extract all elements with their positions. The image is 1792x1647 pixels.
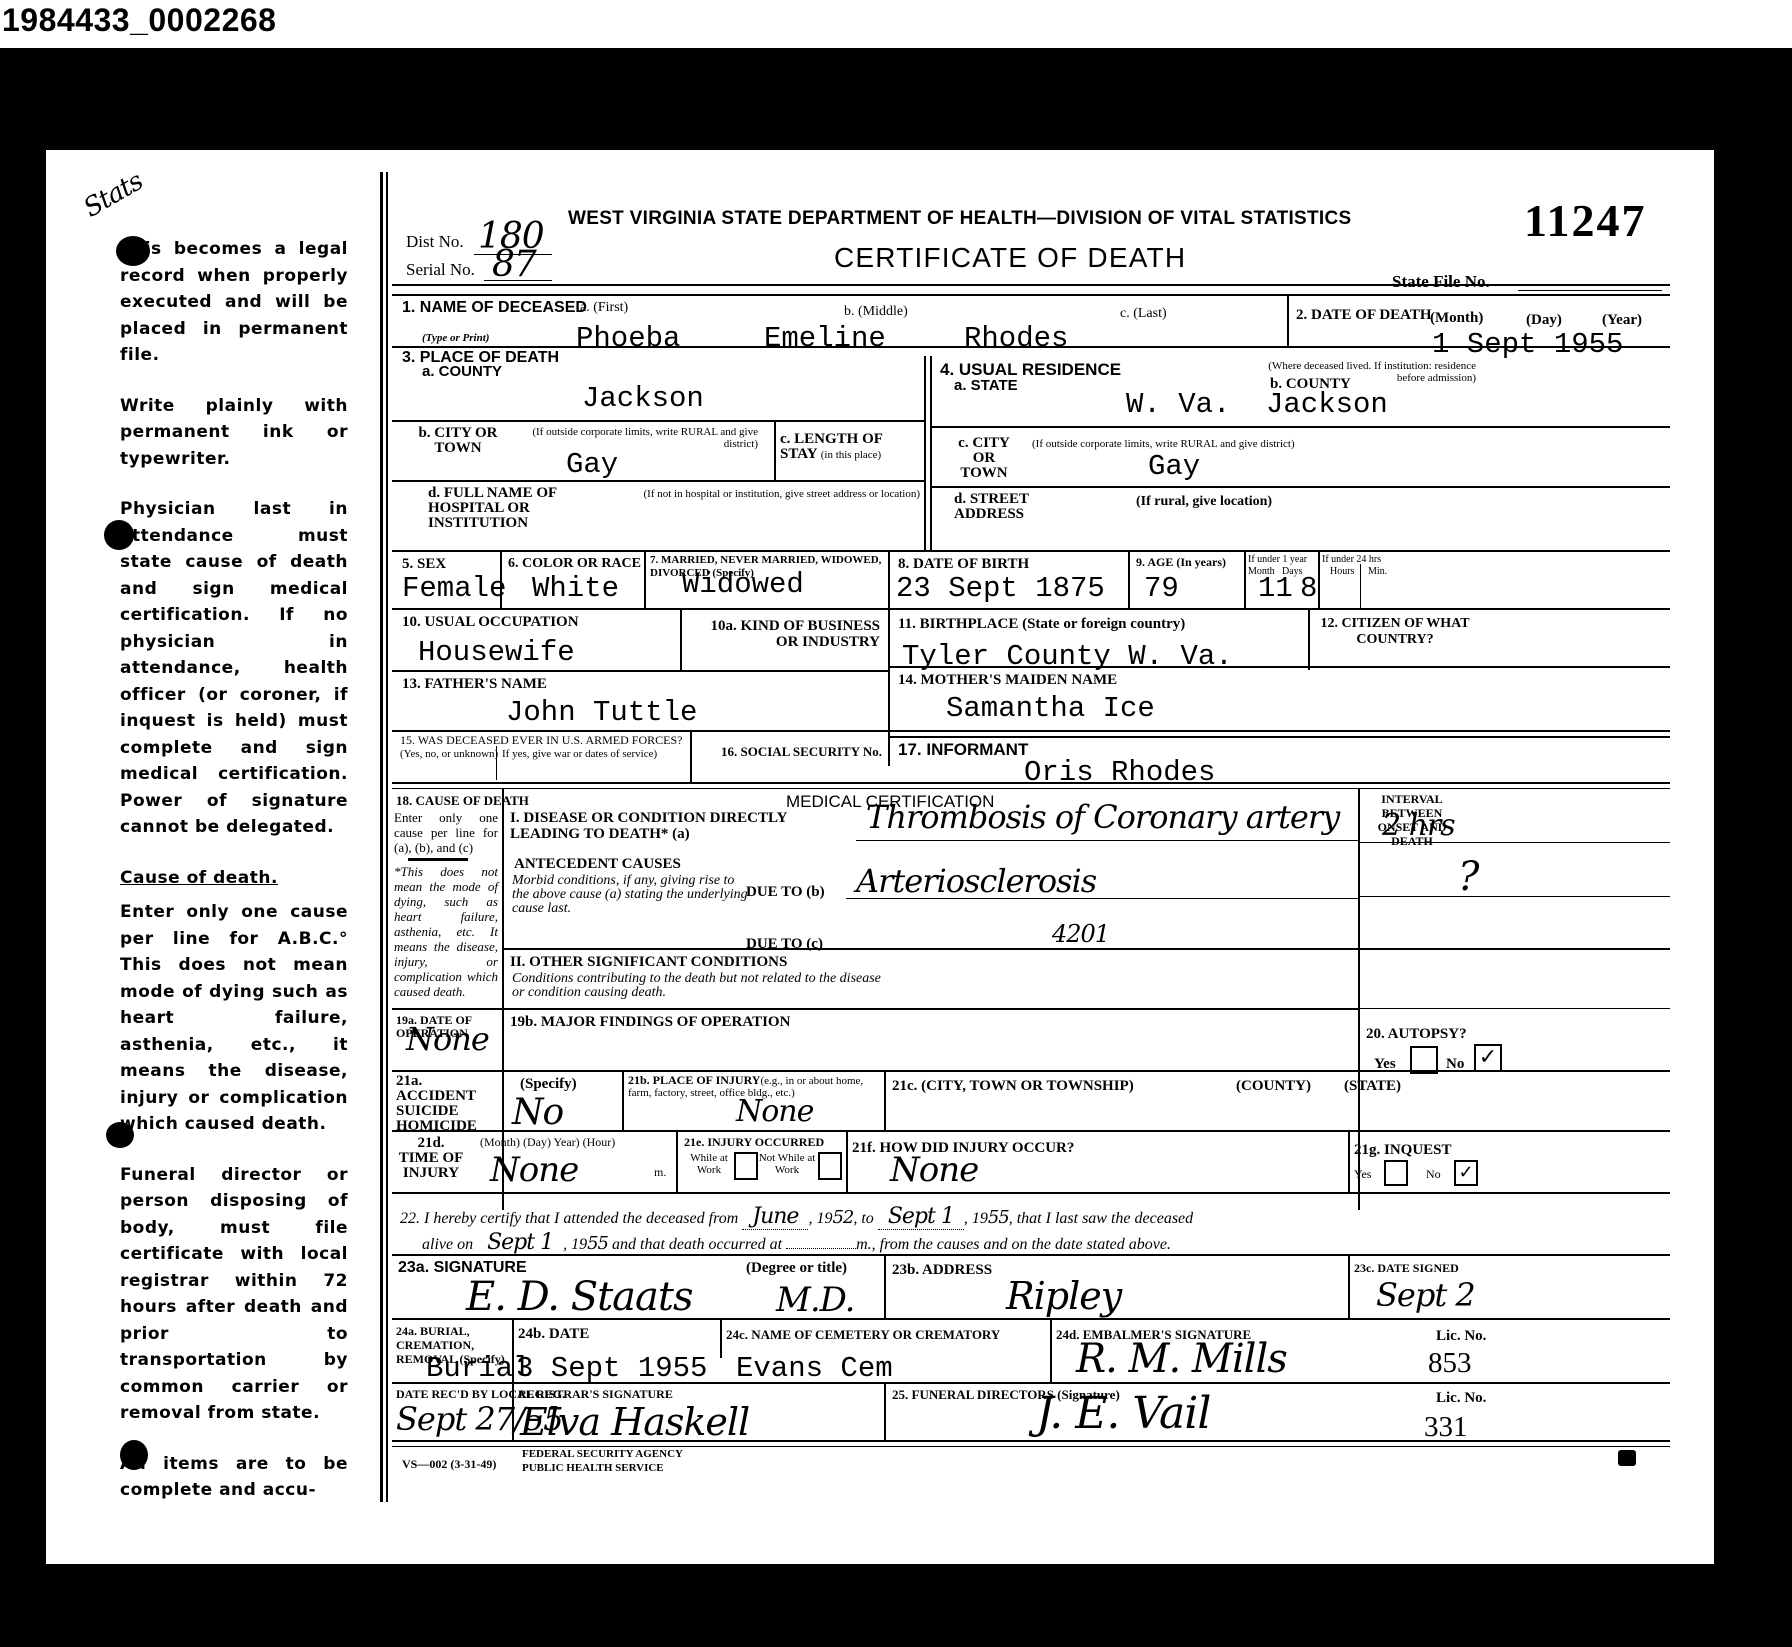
- rule: [1360, 842, 1670, 843]
- rule: [932, 426, 1670, 428]
- divider: [1050, 1318, 1052, 1384]
- rule: [392, 1192, 1670, 1194]
- f22-line1: 22. I hereby certify that I attended the…: [400, 1204, 1193, 1229]
- f21g-label: 21g. INQUEST: [1354, 1142, 1452, 1158]
- f22-year1[interactable]: 52: [832, 1207, 853, 1228]
- rule: [932, 486, 1670, 488]
- f21b-label-text: 21b. PLACE OF INJURY: [628, 1073, 760, 1087]
- f6-label: 6. COLOR OR RACE: [508, 556, 641, 572]
- f10-occupation[interactable]: Housewife: [418, 638, 575, 668]
- f9-under1-label: If under 1 year: [1248, 554, 1307, 566]
- f3-county[interactable]: Jackson: [582, 384, 704, 414]
- f3-stay-label: c. LENGTH OF STAY (in this place): [780, 432, 920, 463]
- f9-age[interactable]: 79: [1144, 574, 1179, 604]
- underline: [846, 898, 1358, 899]
- instruction-physician: Physician last in attendance must state …: [120, 496, 348, 841]
- f3-city-note: (If outside corporate limits, write RURA…: [522, 426, 758, 450]
- f3-city-label-text: b. CITY OR TOWN: [418, 426, 498, 456]
- f21g-yes-label: Yes: [1354, 1168, 1371, 1181]
- f1-first-name[interactable]: Phoeba: [576, 324, 680, 354]
- instruction-cause-heading: Cause of death.: [120, 865, 348, 892]
- ink-blot: [106, 1122, 134, 1148]
- f22-text: m., from the causes and on the date stat…: [856, 1236, 1171, 1253]
- rule: [1360, 1008, 1670, 1009]
- f5-sex[interactable]: Female: [402, 574, 506, 604]
- f3-city[interactable]: Gay: [566, 450, 618, 480]
- f25-lic-number[interactable]: 331: [1424, 1412, 1468, 1442]
- divider: [774, 420, 776, 480]
- f21f-how-injury[interactable]: None: [890, 1150, 978, 1190]
- f18-interval-a[interactable]: 2 hrs: [1382, 808, 1455, 843]
- instruction-complete: All items are to be complete and accu-: [120, 1451, 348, 1504]
- f23c-label: 23c. DATE SIGNED: [1354, 1262, 1459, 1275]
- f24b-date[interactable]: 3 Sept 1955: [516, 1354, 707, 1384]
- f3-stay-note: (in this place): [821, 449, 881, 461]
- rule: [392, 1130, 1670, 1132]
- f18-ii-label: II. OTHER SIGNIFICANT CONDITIONS: [510, 954, 787, 970]
- rule: [392, 1318, 1670, 1320]
- f2-year-label: (Year): [1602, 312, 1642, 328]
- f21e-notwhile-label: Not While at Work: [758, 1152, 816, 1176]
- f7-marital-status[interactable]: Widowed: [682, 570, 804, 600]
- divider: [884, 1254, 886, 1318]
- f10a-label: 10a. KIND OF BUSINESS OR INDUSTRY: [690, 618, 880, 650]
- rule: [890, 666, 1670, 668]
- f18-note2: *This does not mean the mode of dying, s…: [394, 864, 498, 999]
- f20-label: 20. AUTOPSY?: [1366, 1026, 1467, 1042]
- f10-label: 10. USUAL OCCUPATION: [402, 614, 579, 630]
- f18-label: 18. CAUSE OF DEATH: [396, 794, 529, 807]
- f24d-embalmer-signature[interactable]: R. M. Mills: [1076, 1336, 1287, 1382]
- divider: [512, 1318, 514, 1384]
- f22-from[interactable]: June: [742, 1204, 808, 1230]
- f21g-no-label: No: [1426, 1168, 1441, 1181]
- f1-last-label: c. (Last): [1120, 308, 1167, 320]
- f13-label: 13. FATHER'S NAME: [402, 676, 547, 692]
- f21c-state-label: (STATE): [1344, 1078, 1401, 1094]
- union-bug-icon: [1618, 1450, 1636, 1466]
- f19b-label: 19b. MAJOR FINDINGS OF OPERATION: [510, 1014, 790, 1030]
- f1-last-name[interactable]: Rhodes: [964, 324, 1068, 354]
- f24a-disposition[interactable]: Burial: [426, 1354, 530, 1384]
- f18-due-b-label: DUE TO (b): [746, 884, 825, 900]
- f19a-date-of-operation[interactable]: None: [406, 1020, 489, 1058]
- f22-death-time[interactable]: [786, 1248, 856, 1249]
- rule: [392, 420, 924, 422]
- instruction-legal-record: This becomes a legal record when properl…: [120, 236, 348, 369]
- f18-cause-c[interactable]: 4201: [1052, 920, 1109, 948]
- divider: [884, 1070, 886, 1130]
- f25-funeral-director-signature[interactable]: J. E. Vail: [1036, 1388, 1210, 1439]
- divider: [1348, 1254, 1350, 1318]
- rule: [392, 294, 1670, 296]
- rule: [1360, 896, 1670, 897]
- divider: [680, 608, 682, 670]
- f1-middle-name[interactable]: Emeline: [764, 324, 886, 354]
- state-file-label: State File No.: [1392, 274, 1490, 290]
- f5-label: 5. SEX: [402, 556, 446, 572]
- f21b-place-of-injury[interactable]: None: [736, 1094, 813, 1129]
- f1-first-label: a. (First): [580, 302, 628, 314]
- f23a-signature[interactable]: E. D. Staats: [466, 1274, 692, 1320]
- f18-antecedent-note: Morbid conditions, if any, giving rise t…: [512, 874, 752, 916]
- rule: [392, 1382, 1670, 1384]
- f21c-label: 21c. (CITY, TOWN OR TOWNSHIP): [892, 1078, 1134, 1094]
- f24c-label: 24c. NAME OF CEMETERY OR CREMATORY: [726, 1328, 1000, 1341]
- f22-text: that I last saw the deceased: [1017, 1210, 1193, 1227]
- divider: [1244, 550, 1246, 610]
- f9-under24-label: If under 24 hrs: [1322, 554, 1381, 566]
- divider: [888, 608, 890, 766]
- divider: [1318, 550, 1320, 610]
- rule: [392, 1070, 1670, 1072]
- f21a-specify: (Specify): [520, 1076, 577, 1092]
- divider: [924, 356, 926, 552]
- f6-race[interactable]: White: [532, 574, 619, 604]
- f21e-label: 21e. INJURY OCCURRED: [684, 1136, 824, 1149]
- f4-state-label: a. STATE: [954, 378, 1018, 394]
- f18-antecedent-label: ANTECEDENT CAUSES: [514, 856, 681, 872]
- divider: [690, 730, 692, 782]
- divider: [1287, 294, 1289, 346]
- f18-cause-b[interactable]: Arteriosclerosis: [856, 862, 1096, 900]
- f24d-lic-number[interactable]: 853: [1428, 1348, 1472, 1378]
- f14-label: 14. MOTHER'S MAIDEN NAME: [898, 672, 1117, 688]
- f9-label: 9. AGE (In years): [1136, 556, 1226, 569]
- agency-title: WEST VIRGINIA STATE DEPARTMENT OF HEALTH…: [568, 208, 1352, 230]
- form-border: [380, 172, 383, 1502]
- f21d-m: m.: [654, 1166, 666, 1179]
- f3-county-label: a. COUNTY: [422, 364, 502, 380]
- ink-blot: [116, 236, 150, 266]
- f23a-degree-label: (Degree or title): [746, 1260, 847, 1276]
- form-number: VS—002 (3-31-49): [402, 1458, 496, 1471]
- certificate-title: CERTIFICATE OF DEATH: [834, 242, 1186, 274]
- divider: [930, 356, 932, 552]
- f13-father-name[interactable]: John Tuttle: [506, 698, 697, 728]
- rule: [408, 858, 468, 861]
- f2-day-label: (Day): [1526, 312, 1562, 328]
- instruction-cause: Enter only one cause per line for A.B.C.…: [120, 899, 348, 1138]
- f24b-label: 24b. DATE: [518, 1326, 589, 1342]
- divider: [884, 1382, 886, 1440]
- divider: [888, 550, 890, 610]
- rule: [392, 480, 924, 482]
- ink-blot: [120, 1440, 148, 1470]
- rule: [392, 608, 1670, 610]
- f4-street-note: (If rural, give location): [1136, 494, 1272, 510]
- f8-label: 8. DATE OF BIRTH: [898, 556, 1029, 572]
- ink-blot: [104, 520, 134, 550]
- f22-text: and that death occurred at: [612, 1236, 782, 1253]
- rule: [392, 782, 1670, 784]
- f23c-date-signed[interactable]: Sept 2: [1376, 1276, 1475, 1314]
- top-bar: 1984433_0002268: [0, 0, 1792, 48]
- underline: [1518, 290, 1662, 291]
- rule: [392, 346, 1670, 348]
- f21e-while-at-work-checkbox[interactable]: [734, 1152, 758, 1180]
- f25-lic-label: Lic. No.: [1436, 1390, 1486, 1406]
- f9-min-label: Min.: [1368, 566, 1387, 578]
- rule: [392, 1254, 1670, 1256]
- f2-date-of-death[interactable]: 1 Sept 1955: [1432, 330, 1623, 360]
- divider: [676, 1130, 678, 1192]
- divider: [1308, 608, 1310, 670]
- divider: [846, 1130, 848, 1192]
- divider: [1360, 564, 1361, 610]
- f20-no-checkbox[interactable]: ✓: [1474, 1044, 1502, 1072]
- rule: [890, 730, 1670, 732]
- f3-hospital-note: (If not in hospital or institution, give…: [598, 488, 920, 500]
- f22-year2[interactable]: 55: [988, 1207, 1009, 1228]
- f21e-while-label: While at Work: [686, 1152, 732, 1176]
- f24d-lic-label: Lic. No.: [1436, 1328, 1486, 1344]
- registrar-signature[interactable]: Elva Haskell: [520, 1400, 749, 1444]
- f18-cause-a[interactable]: Thrombosis of Coronary artery: [866, 798, 1339, 836]
- f23b-label: 23b. ADDRESS: [892, 1262, 992, 1278]
- f22-alive-on[interactable]: Sept 1: [477, 1230, 563, 1256]
- f12-label: 12. CITIZEN OF WHAT COUNTRY?: [1320, 616, 1470, 648]
- f3-city-label: b. CITY OR TOWN: [418, 426, 498, 456]
- dist-label: Dist No.: [406, 234, 464, 250]
- rule: [392, 730, 888, 732]
- f4-city-note: (If outside corporate limits, write RURA…: [1032, 438, 1295, 450]
- footer-agency-2: PUBLIC HEALTH SERVICE: [522, 1462, 664, 1475]
- stamp-number: 11247: [1524, 194, 1646, 247]
- divider: [512, 1382, 514, 1440]
- divider: [1128, 550, 1130, 610]
- rule: [392, 670, 888, 672]
- f21d-cols: (Month) (Day) Year) (Hour): [480, 1136, 615, 1149]
- rule: [392, 284, 1670, 286]
- instruction-write-plainly: Write plainly with permanent ink or type…: [120, 393, 348, 473]
- certificate-paper: Stats This becomes a legal record when p…: [46, 150, 1714, 1564]
- f21c-county-label: (COUNTY): [1236, 1078, 1311, 1094]
- f23b-address[interactable]: Ripley: [1006, 1274, 1121, 1318]
- f22-text: 22. I hereby certify that I attended the…: [400, 1210, 738, 1227]
- f14-mother-name[interactable]: Samantha Ice: [946, 694, 1155, 724]
- footer-agency-1: FEDERAL SECURITY AGENCY: [522, 1448, 683, 1461]
- rule: [504, 948, 1670, 950]
- f21d-time-of-injury[interactable]: None: [490, 1150, 578, 1190]
- f2-label: 2. DATE OF DEATH: [1296, 308, 1432, 323]
- f1-label: 1. NAME OF DECEASED: [402, 300, 587, 315]
- f4-city-label: c. CITY OR TOWN: [954, 436, 1014, 481]
- f8-date-of-birth[interactable]: 23 Sept 1875: [896, 574, 1105, 604]
- f9-months[interactable]: 11: [1258, 574, 1293, 604]
- f9-hours-label: Hours: [1330, 566, 1354, 578]
- f21a-value[interactable]: No: [512, 1092, 563, 1133]
- f4-county[interactable]: Jackson: [1266, 390, 1388, 420]
- form-border: [386, 172, 388, 1502]
- f21e-not-while-at-work-checkbox[interactable]: [818, 1152, 842, 1180]
- f22-year3[interactable]: 55: [587, 1233, 608, 1254]
- f23a-degree[interactable]: M.D.: [776, 1280, 854, 1320]
- margin-note: Stats: [79, 166, 148, 223]
- instruction-funeral-director: Funeral director or person disposing of …: [120, 1162, 348, 1427]
- f21g-no-checkbox[interactable]: ✓: [1454, 1160, 1478, 1186]
- underline: [856, 840, 1358, 841]
- serial-label: Serial No.: [406, 262, 475, 278]
- f9-days[interactable]: 8: [1300, 574, 1317, 604]
- f11-label: 11. BIRTHPLACE (State or foreign country…: [898, 616, 1185, 632]
- f4-label: 4. USUAL RESIDENCE: [940, 362, 1121, 378]
- divider: [644, 550, 646, 610]
- f2-month-label: (Month): [1430, 310, 1483, 326]
- rule: [392, 788, 1670, 789]
- rule: [392, 1440, 1670, 1442]
- rule: [392, 550, 1670, 552]
- f15-label: 15. WAS DECEASED EVER IN U.S. ARMED FORC…: [400, 734, 682, 746]
- f21a-label: 21a. ACCIDENT SUICIDE HOMICIDE: [396, 1074, 496, 1134]
- divider: [622, 1070, 624, 1130]
- divider: [496, 746, 497, 780]
- f3-hospital-label: d. FULL NAME OF HOSPITAL OR INSTITUTION: [428, 486, 588, 531]
- f21g-yes-checkbox[interactable]: [1384, 1160, 1408, 1186]
- f1-middle-label: b. (Middle): [844, 306, 908, 318]
- f15-sub2: If yes, give war or dates of service): [502, 748, 657, 760]
- divider: [720, 1318, 722, 1358]
- f4-street-label: d. STREET ADDRESS: [954, 492, 1064, 522]
- f15-sub1: (Yes, no, or unknown): [400, 748, 498, 760]
- f18-ii-note: Conditions contributing to the death but…: [512, 972, 892, 1000]
- f18-note: Enter only one cause per line for (a), (…: [394, 810, 498, 855]
- rule: [392, 1446, 1670, 1447]
- underline: [484, 280, 552, 281]
- rule: [890, 736, 1670, 738]
- serial-value: 87: [492, 244, 536, 285]
- f22-text: alive on: [422, 1236, 473, 1253]
- f4-state[interactable]: W. Va.: [1126, 390, 1230, 420]
- f21d-label: 21d. TIME OF INJURY: [396, 1136, 466, 1181]
- instructions-panel: This becomes a legal record when properl…: [120, 236, 348, 1528]
- f24c-cemetery[interactable]: Evans Cem: [736, 1354, 893, 1384]
- f18-interval-b[interactable]: ?: [1458, 854, 1478, 900]
- f16-label: 16. SOCIAL SECURITY No.: [698, 744, 882, 760]
- rule: [392, 1008, 1358, 1010]
- f22-to[interactable]: Sept 1: [878, 1204, 964, 1230]
- document-id: 1984433_0002268: [2, 2, 276, 39]
- f2-label-text: 2. DATE OF DEATH: [1296, 307, 1432, 323]
- f22-line2: alive on Sept 1, 1955 and that death occ…: [422, 1230, 1171, 1255]
- f17-label: 17. INFORMANT: [898, 742, 1028, 758]
- divider: [1348, 1130, 1350, 1192]
- f1-sublabel: (Type or Print): [422, 332, 489, 344]
- f4-city[interactable]: Gay: [1148, 452, 1200, 482]
- f18-i-label: I. DISEASE OR CONDITION DIRECTLY LEADING…: [510, 810, 810, 842]
- divider: [500, 550, 502, 610]
